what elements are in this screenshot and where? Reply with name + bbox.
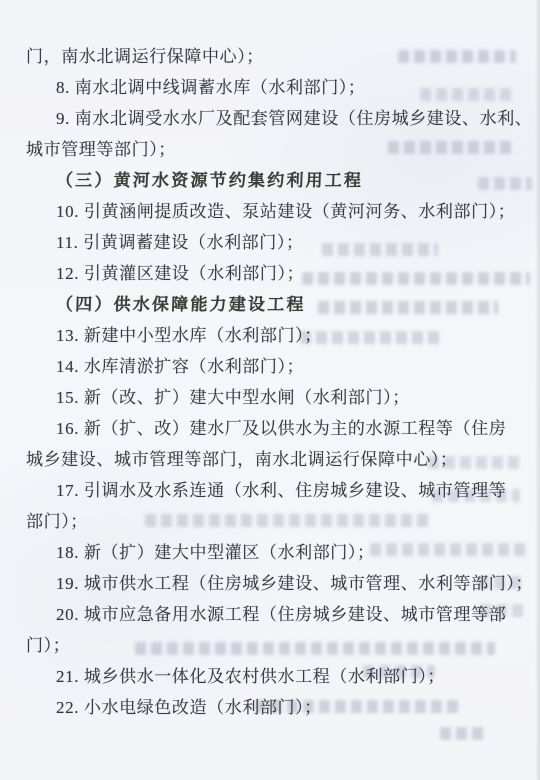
bleedthrough-smudge	[440, 727, 486, 740]
doc-line: 门，南水北调运行保障中心）；	[26, 41, 530, 72]
scanned-page: 门，南水北调运行保障中心）； 8. 南水北调中线调蓄水库（水利部门）； 9. 南…	[0, 0, 540, 780]
doc-line: 城市管理等部门）；	[26, 134, 530, 165]
scan-edge-shadow	[535, 0, 540, 780]
section-heading: （四）供水保障能力建设工程	[25, 289, 530, 320]
doc-line: 8. 南水北调中线调蓄水库（水利部门）；	[26, 72, 530, 103]
doc-line: 11. 引黄调蓄建设（水利部门）；	[26, 227, 530, 258]
doc-line: 9. 南水北调受水水厂及配套管网建设（住房城乡建设、水利、	[26, 103, 530, 134]
doc-line: 部门）；	[26, 506, 530, 537]
doc-line: 19. 城市供水工程（住房城乡建设、城市管理、水利等部门）；	[26, 568, 530, 599]
doc-line: 17. 引调水及水系连通（水利、住房城乡建设、城市管理等	[26, 475, 530, 506]
doc-line: 22. 小水电绿色改造（水利部门）；	[26, 692, 530, 723]
doc-line: 10. 引黄涵闸提质改造、泵站建设（黄河河务、水利部门）；	[26, 196, 530, 227]
doc-line: 14. 水库清淤扩容（水利部门）；	[26, 351, 530, 382]
doc-line: 21. 城乡供水一体化及农村供水工程（水利部门）；	[26, 661, 530, 692]
doc-line: 15. 新（改、扩）建大中型水闸（水利部门）；	[26, 382, 530, 413]
doc-line: 16. 新（扩、改）建水厂及以供水为主的水源工程等（住房	[26, 413, 530, 444]
doc-line: 13. 新建中小型水库（水利部门）；	[26, 320, 530, 351]
section-heading: （三）黄河水资源节约集约利用工程	[25, 165, 530, 196]
document-body: 门，南水北调运行保障中心）； 8. 南水北调中线调蓄水库（水利部门）； 9. 南…	[26, 41, 530, 723]
doc-line: 12. 引黄灌区建设（水利部门）；	[26, 258, 530, 289]
doc-line: 20. 城市应急备用水源工程（住房城乡建设、城市管理等部	[26, 599, 530, 630]
doc-line: 18. 新（扩）建大中型灌区（水利部门）；	[26, 537, 530, 568]
doc-line: 门）；	[26, 630, 530, 661]
doc-line: 城乡建设、城市管理等部门，南水北调运行保障中心）；	[26, 444, 530, 475]
